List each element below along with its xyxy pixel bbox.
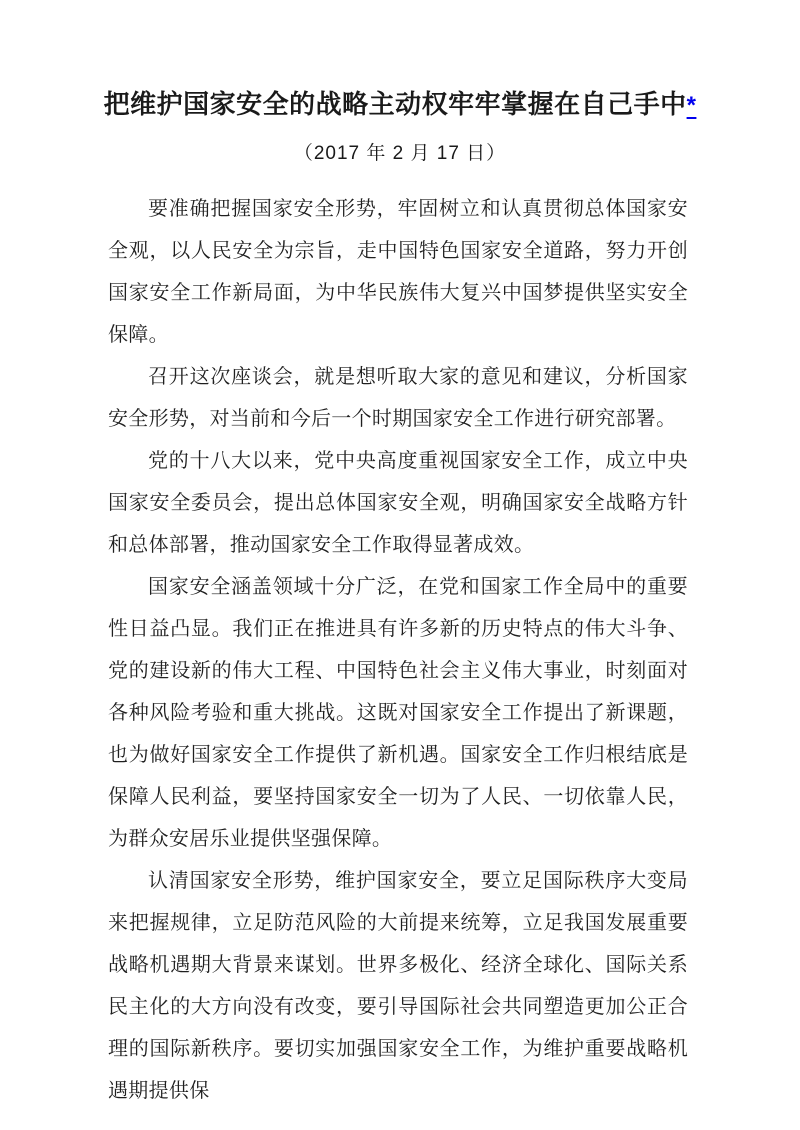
paragraph: 要准确把握国家安全形势，牢固树立和认真贯彻总体国家安全观，以人民安全为宗旨，走中… xyxy=(108,188,688,356)
paragraph: 国家安全涵盖领域十分广泛，在党和国家工作全局中的重要性日益凸显。我们正在推进具有… xyxy=(108,566,688,860)
document-date: （2017 年 2 月 17 日） xyxy=(0,142,800,166)
document-title-text: 把维护国家安全的战略主动权牢牢掌握在自己手中 xyxy=(104,89,687,119)
paragraph: 召开这次座谈会，就是想听取大家的意见和建议，分析国家安全形势，对当前和今后一个时… xyxy=(108,356,688,440)
paragraph: 党的十八大以来，党中央高度重视国家安全工作，成立中央国家安全委员会，提出总体国家… xyxy=(108,440,688,566)
document-title: 把维护国家安全的战略主动权牢牢掌握在自己手中* xyxy=(0,0,800,122)
document-body: 要准确把握国家安全形势，牢固树立和认真贯彻总体国家安全观，以人民安全为宗旨，走中… xyxy=(108,188,688,1112)
document-page: 把维护国家安全的战略主动权牢牢掌握在自己手中* （2017 年 2 月 17 日… xyxy=(0,0,800,1130)
footnote-asterisk-link[interactable]: * xyxy=(687,92,697,119)
paragraph: 认清国家安全形势，维护国家安全，要立足国际秩序大变局来把握规律，立足防范风险的大… xyxy=(108,860,688,1112)
